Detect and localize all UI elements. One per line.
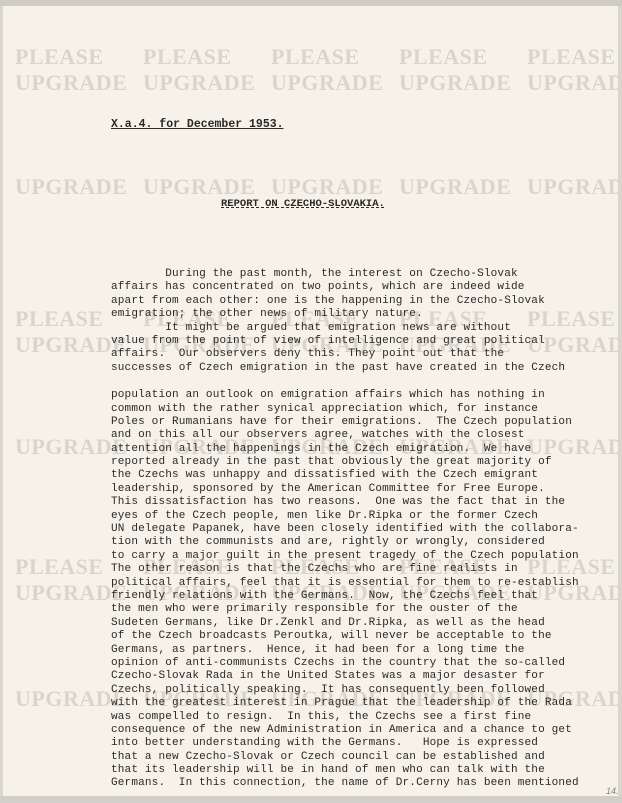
document-reference: X.a.4. for December 1953. [111, 118, 284, 131]
watermark-text: UPGRADE [131, 174, 259, 200]
text-line: that a new Czecho-Slovak or Czech counci… [111, 751, 579, 764]
watermark-row: PLEASEPLEASEPLEASEPLEASEPLEASE [3, 44, 618, 70]
text-line: Czechs, politically speaking. It has con… [111, 684, 579, 697]
watermark-text: PLEASE [387, 44, 515, 70]
text-line: was compelled to resign. In this, the Cz… [111, 711, 579, 724]
text-line: affairs has concentrated on two points, … [111, 281, 579, 294]
text-line: Germans. In this connection, the name of… [111, 777, 579, 790]
text-line: UN delegate Papanek, have been closely i… [111, 523, 579, 536]
text-line: that its leadership will be in hand of m… [111, 764, 579, 777]
watermark-text: UPGRADE [387, 70, 515, 96]
text-line: Czecho-Slovak Rada in the United States … [111, 670, 579, 683]
text-line: political affairs, feel that it is essen… [111, 577, 579, 590]
watermark-text: UPGRADE [3, 70, 131, 96]
text-line: common with the rather synical appreciat… [111, 403, 579, 416]
watermark-text: UPGRADE [259, 174, 387, 200]
document-title: REPORT ON CZECHO-SLOVAKIA. [221, 198, 385, 210]
watermark-text: PLEASE [515, 44, 618, 70]
watermark-text: UPGRADE [387, 174, 515, 200]
text-line: tion with the communists and are, rightl… [111, 536, 579, 549]
text-line: population an outlook on emigration affa… [111, 389, 579, 402]
text-line: the men who were primarily responsible f… [111, 603, 579, 616]
watermark-text: UPGRADE [3, 174, 131, 200]
watermark-text: PLEASE [3, 44, 131, 70]
watermark-text: UPGRADE [131, 70, 259, 96]
text-line: and on this all our observers agree, wat… [111, 429, 579, 442]
text-line: of the Czech broadcasts Peroutka, will n… [111, 630, 579, 643]
text-line: emigration; the other news of military n… [111, 308, 579, 321]
text-line: opinion of anti-communists Czechs in the… [111, 657, 579, 670]
text-line: During the past month, the interest on C… [111, 268, 579, 281]
text-line: Germans, as partners. Hence, it had been… [111, 644, 579, 657]
text-line: successes of Czech emigration in the pas… [111, 362, 579, 375]
text-line: with the greatest interest in Prague tha… [111, 697, 579, 710]
text-line: The other reason is that the Czechs who … [111, 563, 579, 576]
text-line: reported already in the past that obviou… [111, 456, 579, 469]
page-number: 14. [606, 786, 618, 796]
watermark-text: PLEASE [131, 44, 259, 70]
text-line: Poles or Rumanians have for their emigra… [111, 416, 579, 429]
text-line: friendly relations with the Germans. Now… [111, 590, 579, 603]
watermark-row: UPGRADEUPGRADEUPGRADEUPGRADEUPGRADE [3, 70, 618, 96]
text-line: the Czechs was unhappy and dissatisfied … [111, 469, 579, 482]
text-line: affairs. Our observers deny this. They p… [111, 348, 579, 361]
scan-bottom-edge [0, 796, 622, 803]
watermark-text: UPGRADE [515, 174, 618, 200]
text-line: Sudeten Germans, like Dr.Zenkl and Dr.Ri… [111, 617, 579, 630]
text-line: value from the point of view of intellig… [111, 335, 579, 348]
text-line: consequence of the new Administration in… [111, 724, 579, 737]
text-line: leadership, sponsored by the American Co… [111, 483, 579, 496]
document-page: PLEASEPLEASEPLEASEPLEASEPLEASEUPGRADEUPG… [3, 6, 618, 796]
document-body: During the past month, the interest on C… [111, 268, 579, 791]
text-line: apart from each other: one is the happen… [111, 295, 579, 308]
text-line: into better understanding with the Germa… [111, 737, 579, 750]
text-line: attention all the happenings in the Czec… [111, 443, 579, 456]
watermark-text: PLEASE [259, 44, 387, 70]
watermark-row: UPGRADEUPGRADEUPGRADEUPGRADEUPGRADE [3, 174, 618, 200]
text-line: This dissatisfaction has two reasons. On… [111, 496, 579, 509]
text-line: It might be argued that emigration news … [111, 322, 579, 335]
watermark-text: UPGRADE [259, 70, 387, 96]
text-line: to carry a major guilt in the present tr… [111, 550, 579, 563]
text-line: eyes of the Czech people, men like Dr.Ri… [111, 510, 579, 523]
page-gap [111, 375, 579, 389]
watermark-text: UPGRADE [515, 70, 618, 96]
